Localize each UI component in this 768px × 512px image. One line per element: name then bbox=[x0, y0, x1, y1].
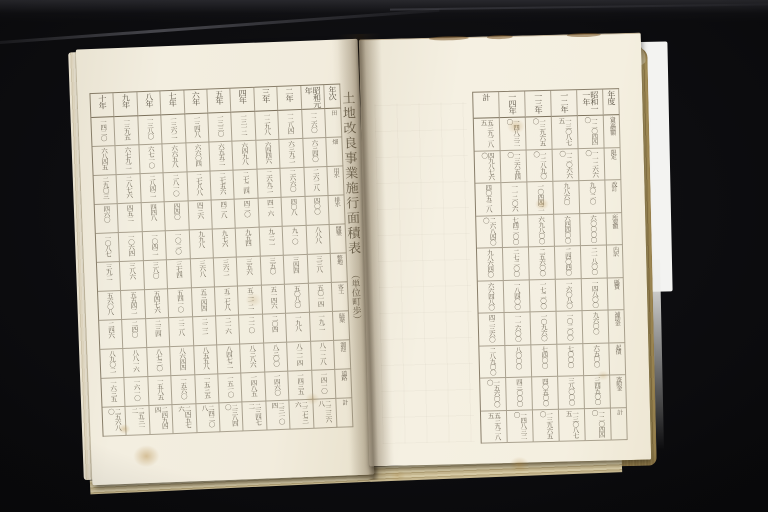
right-page: 計一四年一三年一二年昭和一一年年度五三九二八五一四八三二〇一三九六五〇一三〇八七… bbox=[359, 33, 651, 467]
value-cell-text: 二三四 bbox=[154, 320, 161, 337]
value-cell: 一九八 bbox=[286, 313, 310, 343]
value-cell-text: 四二〇 bbox=[243, 200, 250, 217]
value-cell-text: 二七五六 bbox=[218, 172, 225, 194]
value-cell: 一六一〇 bbox=[125, 377, 149, 407]
value-cell: 七四二〇〇 bbox=[502, 215, 529, 248]
value-cell-text: 一二六〇 bbox=[310, 110, 317, 132]
year-header-cell-text: 昭和元年 bbox=[304, 86, 321, 109]
value-cell: 九九八 bbox=[189, 229, 213, 259]
value-cell-text: 六四四〇〇 bbox=[563, 215, 570, 243]
value-cell-text: 六五〇〇 bbox=[593, 344, 600, 366]
value-cell: 一四八五 bbox=[242, 373, 266, 403]
value-cell: 一三一二 bbox=[232, 112, 256, 142]
value-cell-text: 二二三六八 bbox=[318, 400, 332, 427]
value-cell: 二八七六 bbox=[117, 174, 141, 204]
value-cell: 二五三一二 bbox=[126, 406, 150, 436]
value-cell: 五三九二八五 bbox=[474, 118, 501, 151]
value-cell: 一三四八 bbox=[185, 114, 209, 144]
value-cell-text: 一九二 bbox=[317, 313, 324, 330]
value-cell: 二一六 bbox=[216, 315, 240, 345]
value-cell: 六九八〇〇 bbox=[528, 214, 555, 247]
value-cell: 一四三五 bbox=[288, 371, 312, 401]
value-cell: 九五四 bbox=[236, 228, 260, 258]
year-header-cell-text: 二年 bbox=[285, 87, 294, 101]
value-cell: 六五〇〇 bbox=[583, 343, 610, 376]
value-cell-text: 一〇六四 bbox=[127, 233, 134, 255]
value-cell: 三六八 bbox=[190, 258, 214, 288]
value-cell-text: 八三八六 bbox=[248, 345, 255, 367]
row-label-cell: 整地 bbox=[331, 253, 348, 283]
value-cell-text: 一四八三二〇 bbox=[513, 411, 527, 442]
value-cell-text: 二二二 bbox=[201, 318, 208, 335]
year-header-cell: 計 bbox=[473, 92, 500, 119]
value-cell: 四二〇 bbox=[235, 199, 259, 229]
value-cell: 一五三五 bbox=[195, 374, 219, 404]
year-header-cell: 昭和一一年 bbox=[577, 90, 604, 117]
value-cell-text: 八六四四 bbox=[178, 348, 185, 370]
value-cell: 八八一六 bbox=[124, 348, 148, 378]
value-cell-text: 二〇四 bbox=[271, 315, 278, 332]
value-cell: 六八四五 bbox=[92, 146, 116, 176]
value-cell-text: 八一二八 bbox=[319, 342, 326, 364]
value-cell-text: 二三八四〇 bbox=[224, 404, 238, 431]
row-label-cell-text: 暗渠 bbox=[337, 312, 343, 321]
value-cell: 一六〇八〇 bbox=[556, 279, 583, 312]
value-cell: 一三〇八七五 bbox=[552, 116, 579, 149]
value-cell-text: 一四八三二〇 bbox=[506, 119, 520, 150]
value-cell-text: 六八四五 bbox=[100, 147, 107, 169]
value-cell: 六六〇四 bbox=[186, 143, 210, 173]
value-cell: 六四四六 bbox=[256, 140, 280, 170]
value-cell: 八八八 bbox=[306, 225, 330, 255]
value-cell-text: 九七六 bbox=[221, 230, 228, 247]
value-cell: 四三六 bbox=[188, 200, 212, 230]
value-cell-text: 三五〇 bbox=[269, 257, 276, 274]
value-cell: 六六四八〇 bbox=[478, 281, 505, 314]
value-cell-text: 一七二〇〇 bbox=[539, 281, 546, 309]
value-cell-text: 一四八五 bbox=[250, 374, 257, 396]
value-cell: 二四九四四 bbox=[149, 405, 173, 435]
value-cell: 一〇二〇〇 bbox=[557, 311, 584, 344]
value-cell-text: 一三〇八七五 bbox=[565, 410, 579, 441]
value-cell: 五〇八〇 bbox=[285, 284, 309, 314]
value-cell: 一五八五 bbox=[148, 376, 172, 406]
value-cell-text: 二一八〇〇 bbox=[590, 247, 597, 275]
value-cell-text: 九三二 bbox=[267, 228, 274, 245]
value-cell-text: 五〇八〇 bbox=[293, 285, 300, 307]
value-cell-text: 一〇四四二 bbox=[537, 183, 544, 211]
year-header-cell: 二年 bbox=[277, 86, 301, 111]
photo-scene: 十年九年八年七年六年五年四年三年二年昭和元年年次一四二〇一三九五一三八〇一三六二… bbox=[0, 0, 768, 512]
row-label-cell: 畑 bbox=[326, 137, 343, 167]
value-cell-text: 八四七二 bbox=[225, 346, 232, 368]
value-cell-text: 九八六四〇 bbox=[486, 249, 493, 277]
year-header-cell-text: 八年 bbox=[144, 93, 153, 107]
value-cell: 四六〇 bbox=[95, 204, 119, 234]
value-cell-text: 二八一〇 bbox=[172, 174, 179, 196]
value-cell-text: 三三八 bbox=[315, 255, 322, 272]
value-cell: 二三一〇四 bbox=[266, 401, 290, 431]
value-cell-text: 一〇二〇〇 bbox=[566, 312, 573, 340]
value-cell: 二七五六 bbox=[210, 171, 234, 201]
value-cell: 一三九六五〇 bbox=[526, 117, 553, 150]
value-cell: 二一八〇〇 bbox=[581, 246, 608, 279]
year-header-cell: 九年 bbox=[114, 92, 138, 117]
value-cell: 二四六 bbox=[99, 320, 123, 350]
value-cell: 八四七二 bbox=[217, 344, 241, 374]
value-cell: 二四〇 bbox=[123, 319, 147, 349]
value-cell-text: 四三六 bbox=[196, 202, 203, 219]
year-header-cell: 四年 bbox=[231, 88, 255, 113]
value-cell-text: 五一四六 bbox=[270, 286, 277, 308]
value-cell: 三八〇〇〇 bbox=[558, 376, 585, 409]
value-cell-text: 一一六〇〇 bbox=[514, 314, 521, 342]
row-label-cell-text: 補助金 bbox=[613, 311, 619, 325]
year-header-cell-text: 十年 bbox=[98, 94, 107, 108]
value-cell: 一二八四 bbox=[278, 110, 302, 140]
value-cell-text: 一四六〇 bbox=[273, 373, 280, 395]
value-cell: 六六五八 bbox=[163, 143, 187, 173]
value-cell: 二二八 bbox=[169, 317, 193, 347]
row-label-cell: 溜池 bbox=[334, 340, 351, 370]
value-cell-text: 二九〇三 bbox=[102, 176, 109, 198]
value-cell: 二四五七六 bbox=[173, 404, 197, 434]
value-cell-text: 一三六二 bbox=[169, 116, 176, 138]
year-header-cell-text: 一四年 bbox=[508, 93, 517, 114]
value-cell: 二九〇三 bbox=[94, 175, 118, 205]
row-label-cell-text: 限定 bbox=[609, 149, 615, 158]
year-header-cell-text: 一二年 bbox=[560, 91, 569, 112]
value-cell: 四九八七六〇 bbox=[475, 151, 502, 184]
value-cell: 四四八 bbox=[141, 202, 165, 232]
value-cell-text: 二四九四四 bbox=[154, 406, 168, 433]
value-cell: 九八六四〇 bbox=[477, 248, 504, 281]
value-cell-text: 二八七六 bbox=[125, 176, 132, 198]
value-cell: 四四〇 bbox=[165, 201, 189, 231]
value-cell: 六七九二 bbox=[116, 145, 140, 175]
value-cell: 一四一〇 bbox=[312, 370, 336, 400]
reverse-side-show-through bbox=[374, 102, 474, 444]
value-cell: 一五一〇 bbox=[218, 373, 242, 403]
value-cell: 一二六〇 bbox=[302, 109, 326, 139]
label-col-header-text: 年次 bbox=[328, 86, 337, 100]
value-cell-text: 一四三五 bbox=[296, 372, 303, 394]
left-page: 十年九年八年七年六年五年四年三年二年昭和元年年次一四二〇一三九五一三八〇一三六二… bbox=[76, 39, 375, 486]
value-cell-text: 一六〇八〇 bbox=[565, 280, 572, 308]
value-cell: 二二七三六 bbox=[289, 400, 313, 430]
value-cell-text: 七四二〇〇 bbox=[511, 216, 518, 244]
value-cell-text: 一五八五 bbox=[156, 377, 163, 399]
value-cell: 三九二 bbox=[97, 262, 121, 292]
value-cell-text: 一三四八 bbox=[193, 115, 200, 137]
value-cell: 一一二〇六 bbox=[501, 182, 528, 215]
value-cell-text: 八五五八 bbox=[202, 347, 209, 369]
row-label-cell: 客土 bbox=[332, 282, 349, 312]
value-cell-text: 四二八 bbox=[220, 201, 227, 218]
value-cell: 八〇〇〇 bbox=[505, 345, 532, 378]
value-cell: 三五六 bbox=[237, 257, 261, 287]
row-label-cell: 寄附金 bbox=[610, 375, 627, 408]
value-cell-text: 六六〇四 bbox=[194, 144, 201, 166]
value-cell: 二八四二 bbox=[140, 173, 164, 203]
value-cell: 四一六 bbox=[258, 198, 282, 228]
value-cell-text: 二七八八 bbox=[195, 173, 202, 195]
row-label-cell: 用水 bbox=[327, 166, 344, 196]
value-cell: 七〇〇〇 bbox=[557, 344, 584, 377]
value-cell: 一三九六五〇 bbox=[533, 409, 560, 442]
row-label-cell: 縣費 bbox=[608, 278, 625, 311]
value-cell: 五三九二八五 bbox=[481, 411, 508, 444]
value-cell: 八一二八 bbox=[311, 341, 335, 371]
value-cell: 六三四〇 bbox=[303, 138, 327, 168]
value-cell: 四〇〇 bbox=[305, 196, 329, 226]
value-cell: 八二一四 bbox=[287, 342, 311, 372]
row-label-cell-text: 起債 bbox=[614, 344, 620, 353]
year-header-cell-text: 昭和一一年 bbox=[582, 91, 599, 115]
row-label-cell-text: 計 bbox=[615, 409, 621, 414]
value-cell: 四三〇〇〇 bbox=[506, 377, 533, 410]
year-header-cell-text: 三年 bbox=[261, 88, 270, 102]
value-cell-text: 四二三六〇 bbox=[488, 314, 495, 342]
value-cell-text: 六七九二 bbox=[124, 147, 131, 169]
value-cell: 一二八九〇〇 bbox=[527, 149, 554, 182]
value-cell: 三八〇 bbox=[144, 260, 168, 290]
value-cell: 一〇四二 bbox=[143, 231, 167, 261]
value-cell-text: 二八九〇〇 bbox=[489, 347, 496, 375]
row-label-cell-text: 寄附金 bbox=[615, 376, 621, 390]
value-cell: 一〇二〇 bbox=[166, 230, 190, 260]
value-cell-text: 九九八 bbox=[197, 231, 204, 248]
value-cell-text: 九六〇〇 bbox=[592, 312, 599, 334]
value-cell-text: 二七二〇〇 bbox=[512, 249, 519, 277]
value-cell-text: 三四五〇〇 bbox=[593, 377, 600, 405]
value-cell: 二七八八 bbox=[187, 171, 211, 201]
value-cell-text: 三七四 bbox=[175, 261, 182, 278]
row-label-cell-text: 用水 bbox=[332, 168, 338, 177]
value-cell: 一五六〇 bbox=[172, 375, 196, 405]
value-cell-text: 一三六五四〇 bbox=[507, 151, 521, 182]
year-header-cell-text: 九年 bbox=[121, 94, 130, 108]
value-cell-text: 五五四二 bbox=[129, 291, 136, 313]
value-cell-text: 四一六 bbox=[266, 199, 273, 216]
value-cell-text: 六三四〇 bbox=[311, 139, 318, 161]
row-label-cell-text: 田 bbox=[330, 110, 336, 115]
row-label-cell: 計 bbox=[336, 398, 353, 428]
value-cell-text: 六四四六 bbox=[264, 141, 271, 163]
value-cell-text: 一三〇八七五 bbox=[558, 117, 572, 148]
value-cell-text: 五〇一四 bbox=[316, 284, 323, 306]
value-cell-text: 一一二〇六 bbox=[511, 184, 518, 212]
value-cell: 三四五〇〇 bbox=[584, 375, 611, 408]
value-cell: 二二三六八 bbox=[313, 399, 337, 429]
row-label-cell: 田 bbox=[325, 108, 342, 138]
value-cell: 一〇九六〇 bbox=[531, 312, 558, 345]
value-cell-text: 八九〇二 bbox=[108, 350, 115, 372]
value-cell: 五四七六 bbox=[145, 289, 169, 319]
value-cell: 二三八四〇 bbox=[219, 402, 243, 432]
value-cell: 五三四四 bbox=[192, 287, 216, 317]
row-label-cell: 資金總額 bbox=[604, 115, 621, 148]
row-label-cell: 起債 bbox=[609, 343, 626, 376]
value-cell: 六〇〇〇〇 bbox=[580, 213, 607, 246]
value-cell-text: 三九二 bbox=[105, 263, 112, 280]
value-cell: 三四四 bbox=[284, 255, 308, 285]
row-label-cell: 限定 bbox=[605, 148, 622, 181]
value-cell-text: 一三八〇 bbox=[146, 117, 153, 139]
row-label-cell-text: 客土 bbox=[336, 284, 342, 293]
value-cell-text: 四〇五二八 bbox=[485, 184, 492, 212]
value-cell-text: 二四〇四〇 bbox=[564, 247, 571, 275]
value-cell-text: 六六五八 bbox=[171, 145, 178, 167]
value-cell-text: 二五六八〇 bbox=[107, 408, 121, 435]
value-cell-text: 九五四 bbox=[244, 229, 251, 246]
row-label-cell: 開墾 bbox=[330, 224, 347, 254]
value-cell-text: 六五五二 bbox=[217, 143, 224, 165]
row-label-cell-text: 縣費 bbox=[612, 279, 618, 288]
year-header-cell: 昭和元年 bbox=[301, 85, 325, 110]
value-cell: 一四六〇 bbox=[265, 372, 289, 402]
value-cell: 四五二 bbox=[118, 203, 142, 233]
value-cell-text: 四六〇 bbox=[103, 205, 110, 222]
value-cell-text: 五二一二 bbox=[246, 287, 253, 309]
year-header-cell-text: 計 bbox=[482, 93, 490, 100]
value-cell: 一一六〇〇 bbox=[505, 312, 532, 345]
value-cell: 四〇五二八 bbox=[475, 183, 502, 216]
value-cell: 一三六二 bbox=[161, 114, 185, 144]
value-cell: 二〇四 bbox=[263, 314, 287, 344]
value-cell: 一六三五 bbox=[101, 378, 125, 408]
left-table: 十年九年八年七年六年五年四年三年二年昭和元年年次一四二〇一三九五一三八〇一三六二… bbox=[89, 83, 353, 436]
row-label-cell: 計 bbox=[611, 408, 628, 441]
value-cell-text: 三五六 bbox=[245, 258, 252, 275]
row-label-cell-text: 開墾 bbox=[334, 226, 340, 235]
value-cell-text: 五三九二八五 bbox=[487, 412, 501, 443]
value-cell-text: 一二九八 bbox=[263, 112, 270, 134]
row-label-cell-text: 畑 bbox=[331, 139, 337, 144]
value-cell: 一五六〇〇〇 bbox=[480, 378, 507, 411]
value-cell-text: 一二八四 bbox=[286, 111, 293, 133]
value-cell: 三七四 bbox=[167, 259, 191, 289]
row-label-cell-text: 内訳 bbox=[611, 246, 617, 255]
value-cell-text: 一三九六五〇 bbox=[539, 410, 553, 441]
value-cell-text: 五四七六 bbox=[153, 291, 160, 313]
row-label-cell-text: 排水 bbox=[333, 197, 339, 206]
value-cell-text: 三六二 bbox=[222, 259, 229, 276]
value-cell: 二七二四 bbox=[234, 170, 258, 200]
row-label-cell-text: 道路 bbox=[340, 370, 346, 379]
value-cell: 九三二 bbox=[259, 227, 283, 257]
value-cell: 一八四〇〇 bbox=[504, 280, 531, 313]
value-cell-text: 一〇九六〇 bbox=[540, 313, 547, 341]
value-cell-text: 四四〇 bbox=[173, 203, 180, 220]
value-cell-text: 八八八 bbox=[314, 226, 321, 243]
value-cell: 六四四〇〇 bbox=[554, 214, 581, 247]
label-col-header: 年次 bbox=[324, 84, 341, 109]
year-header-cell: 五年 bbox=[207, 89, 231, 114]
value-cell-text: 一〇二〇 bbox=[174, 232, 181, 254]
value-cell: 九八六〇 bbox=[553, 181, 580, 214]
value-cell: 二三四 bbox=[146, 318, 170, 348]
value-cell-text: 一一二六六〇 bbox=[585, 149, 599, 180]
value-cell: 八三〇〇 bbox=[264, 343, 288, 373]
foxing-stain bbox=[133, 445, 160, 468]
row-label-cell-text: 資金總額 bbox=[608, 116, 614, 134]
value-cell-text: 六九八〇〇 bbox=[537, 216, 544, 244]
value-cell: 一二九八 bbox=[255, 111, 279, 141]
value-cell: 一三九五 bbox=[115, 116, 139, 146]
value-cell: 三六二 bbox=[214, 258, 238, 288]
value-cell-text: 一三三〇 bbox=[216, 114, 223, 136]
value-cell-text: 一四八〇〇 bbox=[591, 279, 598, 307]
background-top-light bbox=[0, 0, 768, 22]
value-cell: 五六〇八 bbox=[98, 291, 122, 321]
value-cell: 一三六五四〇 bbox=[501, 150, 528, 183]
year-header-cell: 一四年 bbox=[499, 91, 526, 118]
value-cell: 一二〇四四〇 bbox=[578, 116, 605, 149]
value-cell-text: 四五二 bbox=[126, 205, 133, 222]
value-cell-text: 一三九六五〇 bbox=[532, 118, 546, 149]
value-cell-text: 五二七八 bbox=[223, 288, 230, 310]
value-cell-text: 二四二〇八 bbox=[201, 405, 215, 432]
value-cell: 六四九八 bbox=[233, 141, 257, 171]
deckle-spot bbox=[567, 33, 601, 38]
value-cell-text: 一二〇四四〇 bbox=[584, 117, 598, 148]
value-cell: 一七二〇〇 bbox=[530, 279, 557, 312]
value-cell-text: 二四六 bbox=[107, 321, 114, 338]
value-cell: 九七六 bbox=[213, 229, 237, 259]
value-cell: 二二二 bbox=[193, 316, 217, 346]
value-cell-text: 五四一〇 bbox=[176, 290, 183, 312]
right-table: 計一四年一三年一二年昭和一一年年度五三九二八五一四八三二〇一三九六五〇一三〇八七… bbox=[472, 88, 628, 443]
value-cell: 一三三〇 bbox=[208, 113, 232, 143]
value-cell: 五一四六 bbox=[262, 285, 286, 315]
value-cell: 一三八〇 bbox=[138, 115, 162, 145]
label-col-header: 年度 bbox=[603, 89, 620, 115]
value-cell-text: 一二〇六六〇 bbox=[559, 150, 573, 181]
value-cell: 六五五二 bbox=[209, 142, 233, 172]
value-cell: 八三八六 bbox=[241, 344, 265, 374]
value-cell-text: 二一六 bbox=[224, 317, 231, 334]
value-cell-text: 一二八九〇〇 bbox=[533, 150, 547, 181]
year-header-cell: 七年 bbox=[161, 90, 185, 115]
value-cell-text: 八〇〇〇 bbox=[515, 346, 522, 368]
row-label-cell-text: 溜池 bbox=[339, 341, 345, 350]
value-cell: 一〇八七 bbox=[96, 233, 120, 263]
year-header-cell: 一三年 bbox=[525, 91, 552, 118]
value-cell-text: 六六四八〇 bbox=[487, 282, 494, 310]
row-label-cell: 内訳 bbox=[607, 245, 624, 278]
value-cell-text: 二二七三六 bbox=[294, 401, 308, 428]
value-cell: 二三四七二 bbox=[243, 402, 267, 432]
value-cell-text: 一〇八七 bbox=[104, 234, 111, 256]
year-header-cell-text: 五年 bbox=[215, 90, 224, 104]
value-cell: 一四八三二〇 bbox=[507, 410, 534, 443]
value-cell-text: 一四一〇 bbox=[320, 371, 327, 393]
value-cell-text: 一八四〇〇 bbox=[513, 281, 520, 309]
value-cell: 一一二六六〇 bbox=[579, 148, 606, 181]
year-header-cell-text: 七年 bbox=[168, 92, 177, 106]
value-cell-text: 八八一六 bbox=[132, 349, 139, 371]
row-label-cell: 道路 bbox=[335, 369, 352, 399]
value-cell: 三八六 bbox=[120, 261, 144, 291]
document-unit: （単位町歩） bbox=[349, 270, 360, 324]
value-cell-text: 一五六〇 bbox=[179, 377, 186, 399]
value-cell-text: 一六三五 bbox=[109, 379, 116, 401]
value-cell-text: 二六六〇 bbox=[289, 169, 296, 191]
value-cell: 三五〇 bbox=[261, 256, 285, 286]
value-cell: 五二一二 bbox=[238, 286, 262, 316]
value-cell-text: 四〇〇 bbox=[313, 197, 320, 214]
